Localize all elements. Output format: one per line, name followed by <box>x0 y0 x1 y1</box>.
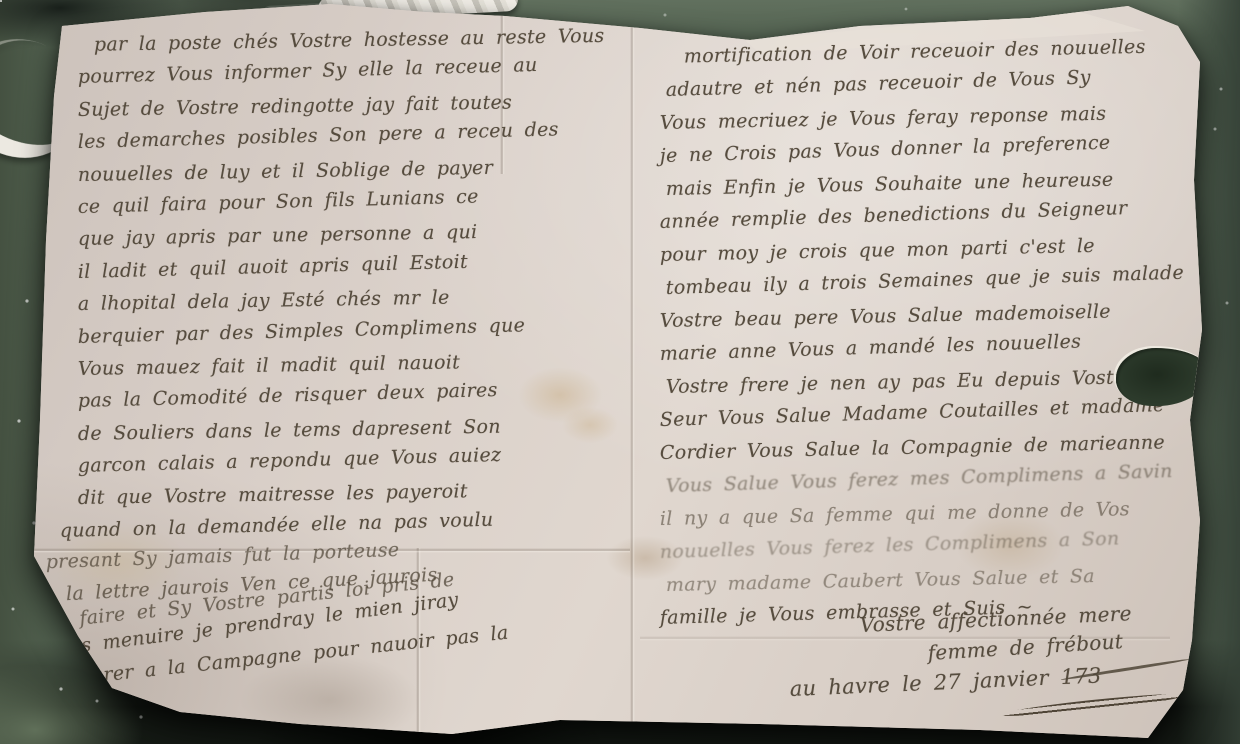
torn-hole <box>1116 348 1208 406</box>
photo-scene: par la poste chés Vostre hostesse au res… <box>0 0 1240 744</box>
fold-crease-center <box>630 24 635 724</box>
letter-right-page: mortification de Voir receuoir des nouue… <box>660 46 1185 640</box>
letter-left-page: par la poste chés Vostre hostesse au res… <box>78 34 593 703</box>
letter-paper-wrapper: par la poste chés Vostre hostesse au res… <box>0 0 1240 744</box>
letter-paper: par la poste chés Vostre hostesse au res… <box>0 0 1240 744</box>
